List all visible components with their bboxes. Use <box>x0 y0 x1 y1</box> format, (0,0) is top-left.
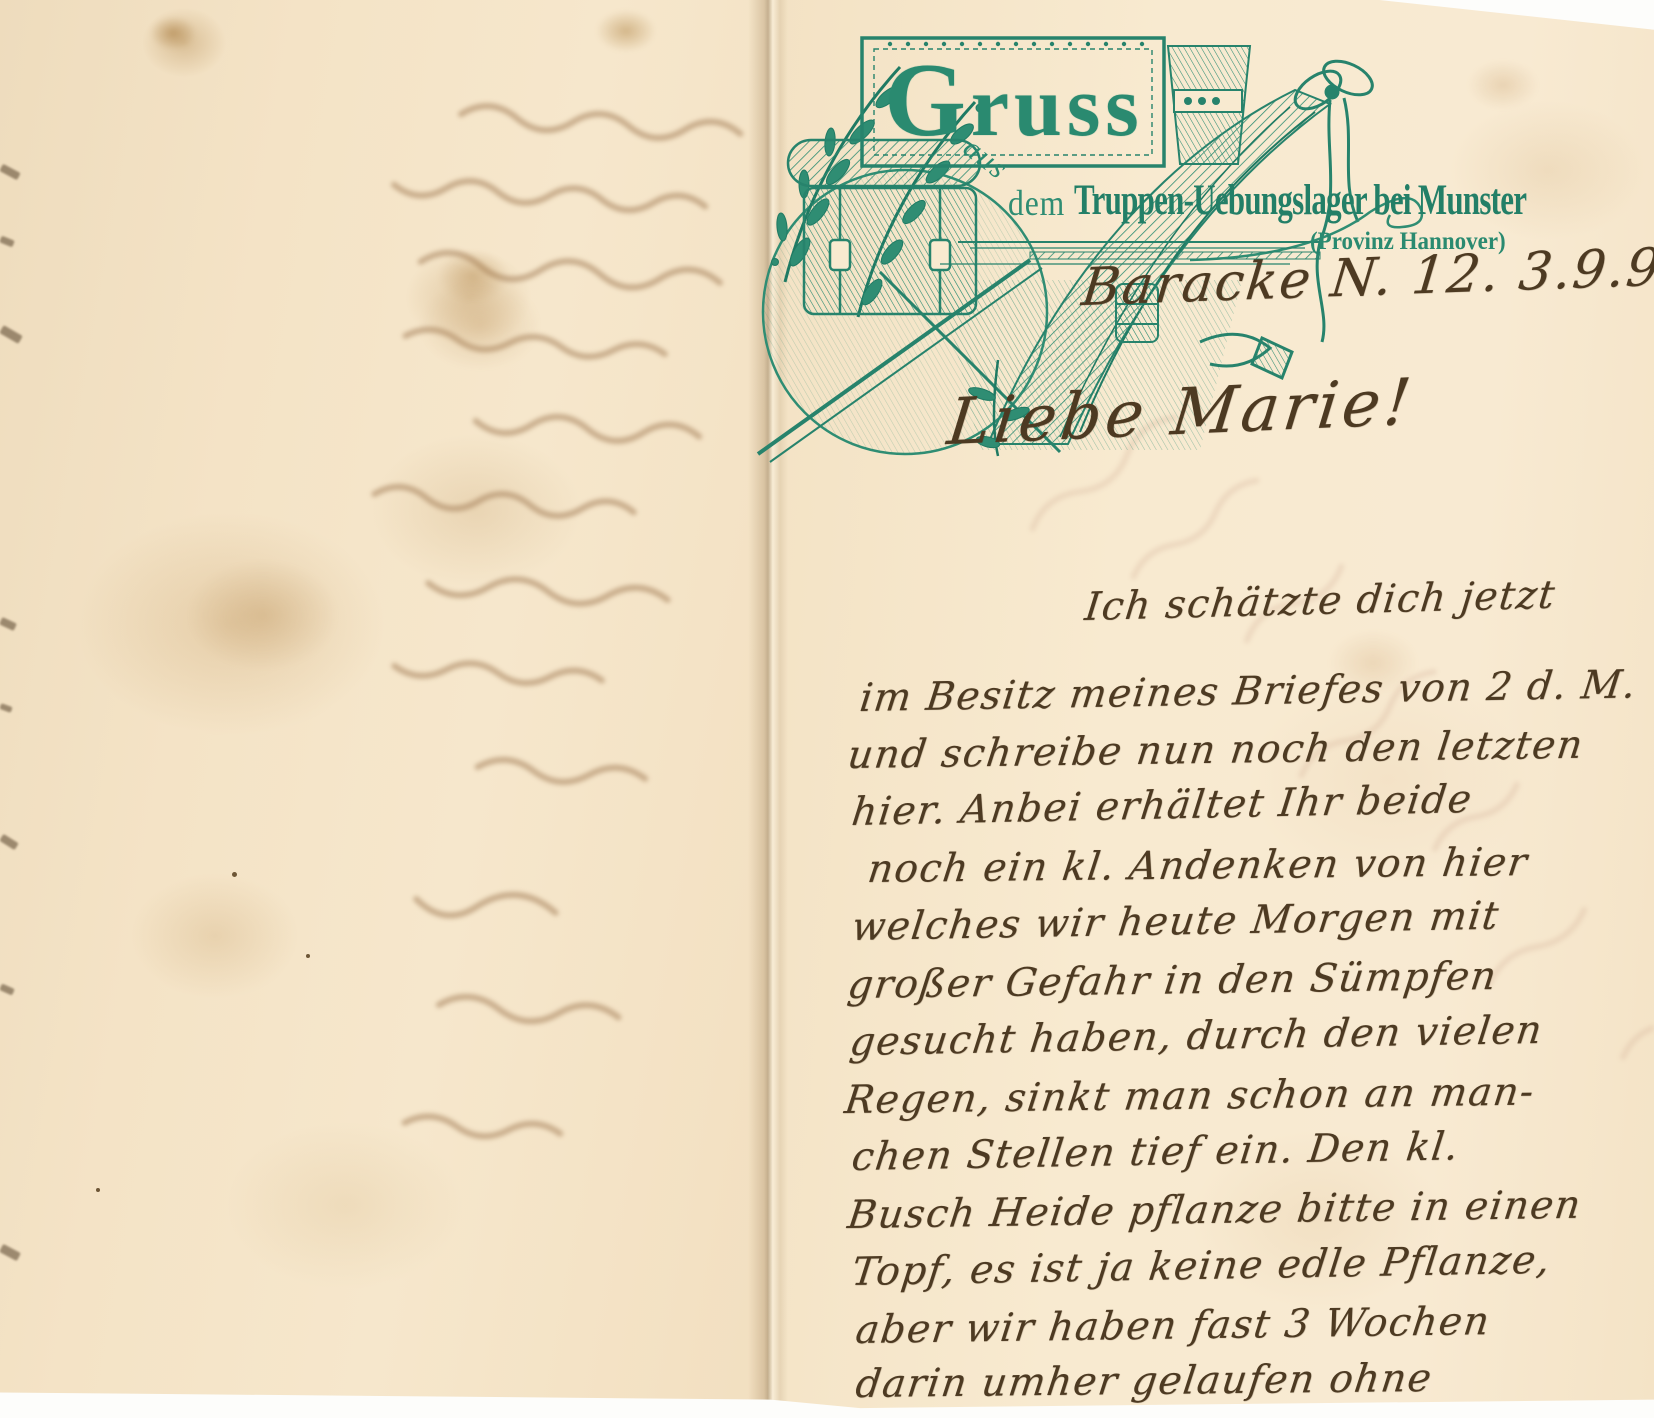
paper-stain <box>150 16 196 50</box>
paper-stain <box>438 250 508 302</box>
scanned-letter: { "document": { "type": "scanned handwri… <box>0 0 1654 1418</box>
paper-stain <box>1468 60 1538 110</box>
ink-speck <box>306 954 310 958</box>
letter-body-line: großer Gefahr in den Sümpfen <box>845 954 1500 1008</box>
letter-body-line: noch ein kl. Andenken von hier <box>865 840 1531 892</box>
letterhead-title: Gruss <box>880 48 1148 158</box>
letter-body-line: aber wir haben fast 3 Wochen <box>853 1299 1493 1353</box>
letter-body-line: Regen, sinkt man schon an man- <box>842 1070 1537 1124</box>
page-left-blank <box>0 0 768 1418</box>
paper-stain <box>188 560 338 670</box>
ink-speck <box>232 872 237 877</box>
basket-capital-icon <box>1168 46 1250 164</box>
letterhead-location: Truppen-Uebungslager bei Munster <box>1074 176 1526 225</box>
paper-stain <box>596 10 656 52</box>
letter-body-line: darin umher gelaufen ohne <box>853 1356 1435 1407</box>
letterhead-dem: dem <box>1008 182 1065 224</box>
bleedthrough-writing <box>0 0 760 1418</box>
letter-sheet: Gruss aus dem Truppen-Uebungslager bei M… <box>0 0 1654 1418</box>
ink-speck <box>96 1188 100 1192</box>
